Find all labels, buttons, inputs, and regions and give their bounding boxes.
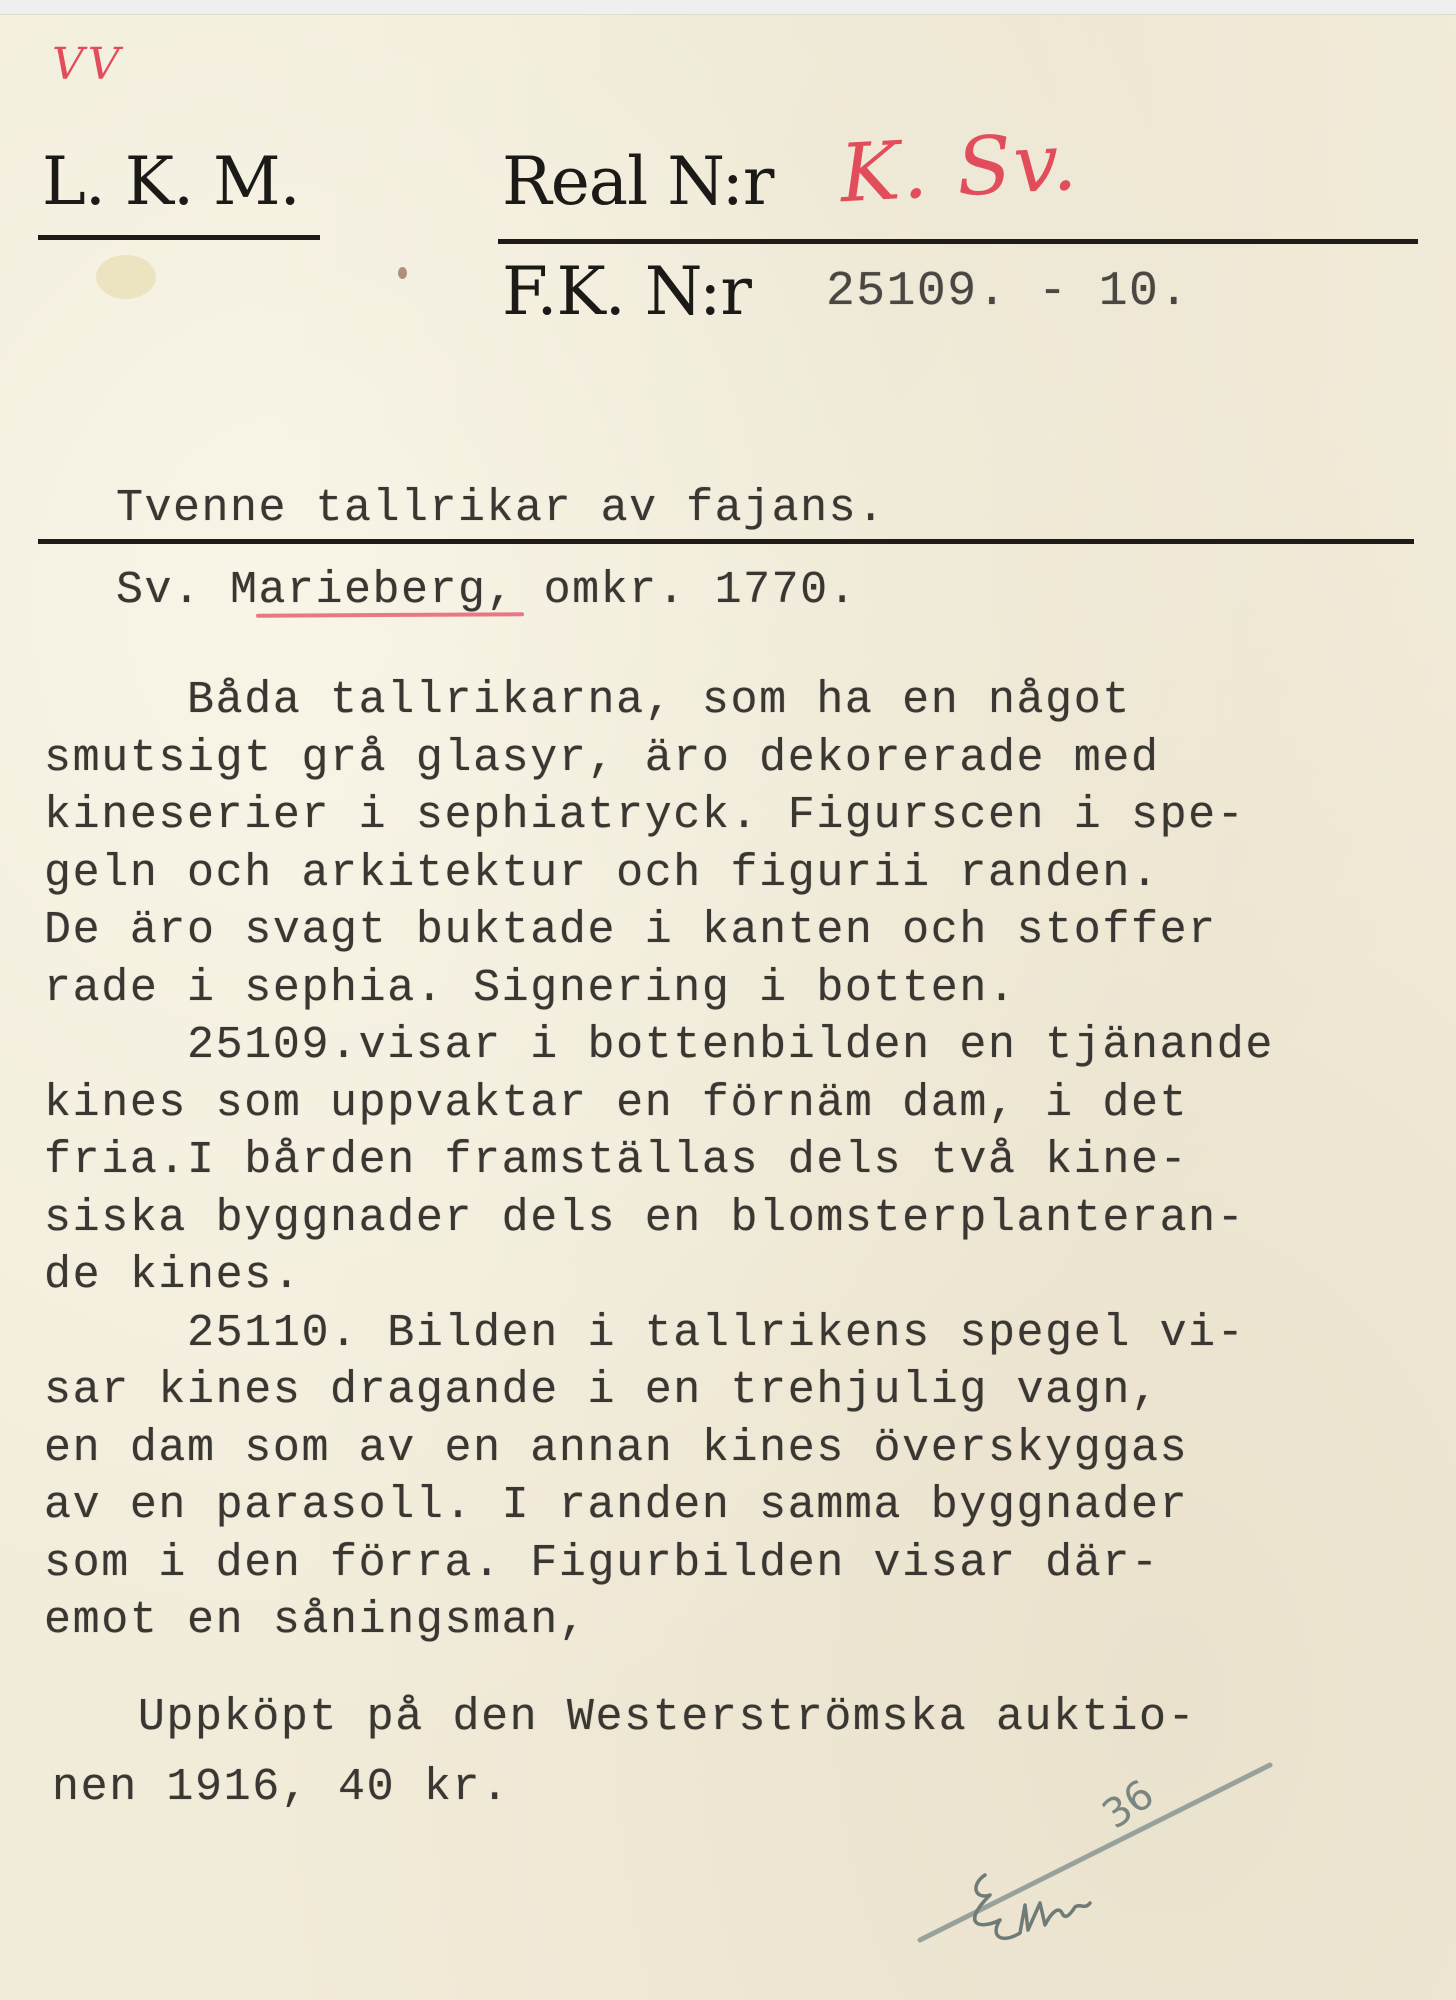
description-line: De äro svagt buktade i kanten och stoffe… — [44, 902, 1274, 960]
pencil-signature: 36 — [900, 1735, 1340, 1975]
corner-check-mark: VV — [52, 39, 124, 90]
header-rule — [498, 239, 1418, 244]
description-line: sar kines dragande i en trehjulig vagn, — [44, 1362, 1274, 1420]
description-line: geln och arkitektur och figurii randen. — [44, 845, 1274, 903]
institution-rule — [38, 235, 320, 240]
description-line: av en parasoll. I randen samma byggnader — [44, 1477, 1274, 1535]
description-line: siska byggnader dels en blomsterplantera… — [44, 1190, 1274, 1248]
description-line: kines som uppvaktar en förnäm dam, i det — [44, 1075, 1274, 1133]
title-rule — [38, 539, 1414, 544]
description-line: som i den förra. Figurbilden visar där- — [44, 1535, 1274, 1593]
description-line: 25109.visar i bottenbilden en tjänande — [44, 1017, 1274, 1075]
red-pencil-underline — [256, 612, 524, 617]
description-line: Båda tallrikarna, som ha en något — [44, 672, 1274, 730]
real-number-value: K. Sv. — [838, 115, 1081, 220]
description-line: emot en såningsman, — [44, 1592, 1274, 1650]
object-origin: Sv. Marieberg, omkr. 1770. — [116, 565, 857, 616]
paper-spot — [398, 267, 407, 279]
paper-stain — [96, 255, 156, 299]
svg-text:36: 36 — [1094, 1771, 1162, 1838]
description-line: rade i sephia. Signering i botten. — [44, 960, 1274, 1018]
description-text: Båda tallrikarna, som ha en något smutsi… — [44, 672, 1274, 1650]
fk-number-value: 25109. - 10. — [826, 265, 1190, 319]
description-line: de kines. — [44, 1247, 1274, 1305]
description-line: kineserier i sephiatryck. Figurscen i sp… — [44, 787, 1274, 845]
fk-number-label: F.K. N:r — [502, 253, 751, 330]
description-line: 25110. Bilden i tallrikens spegel vi- — [44, 1305, 1274, 1363]
description-line: fria.I bården framställas dels två kine- — [44, 1132, 1274, 1190]
description-line: en dam som av en annan kines överskyggas — [44, 1420, 1274, 1478]
institution-label: L. K. M. — [42, 143, 300, 220]
object-title: Tvenne tallrikar av fajans. — [116, 483, 886, 534]
archive-card: VV L. K. M. Real N:r K. Sv. F.K. N:r 251… — [0, 14, 1456, 2000]
description-line: smutsigt grå glasyr, äro dekorerade med — [44, 730, 1274, 788]
real-number-label: Real N:r — [502, 143, 773, 220]
